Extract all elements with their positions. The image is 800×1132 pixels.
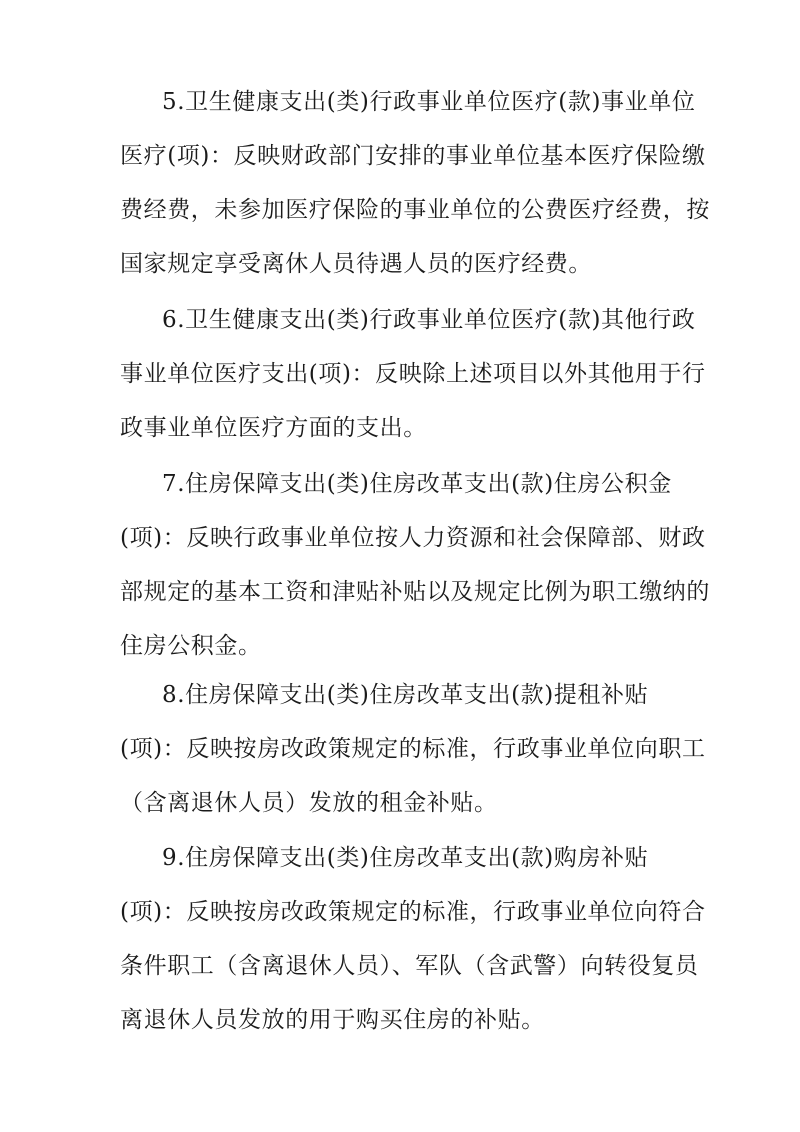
paragraph-item-7: 7.住房保障支出(类)住房改革支出(款)住房公积金 (项)：反映行政事业单位按人… (120, 457, 682, 673)
paragraph-line: 5.卫生健康支出(类)行政事业单位医疗(款)事业单位 (120, 75, 682, 129)
paragraph-item-5: 5.卫生健康支出(类)行政事业单位医疗(款)事业单位 医疗(项)：反映财政部门安… (120, 75, 682, 291)
document-page: 5.卫生健康支出(类)行政事业单位医疗(款)事业单位 医疗(项)：反映财政部门安… (0, 0, 800, 1132)
paragraph-line: 8.住房保障支出(类)住房改革支出(款)提租补贴 (120, 668, 682, 722)
paragraph-line: 费经费，未参加医疗保险的事业单位的公费医疗经费，按 (120, 183, 682, 237)
paragraph-line: 住房公积金。 (120, 619, 682, 673)
paragraph-line: (项)：反映按房改政策规定的标准，行政事业单位向符合 (120, 885, 682, 939)
paragraph-line: 事业单位医疗支出(项)：反映除上述项目以外其他用于行 (120, 347, 682, 401)
paragraph-line: (项)：反映行政事业单位按人力资源和社会保障部、财政 (120, 511, 682, 565)
paragraph-line: 条件职工（含离退休人员）、军队（含武警）向转役复员 (120, 939, 682, 993)
paragraph-item-8: 8.住房保障支出(类)住房改革支出(款)提租补贴 (项)：反映按房改政策规定的标… (120, 668, 682, 830)
paragraph-line: (项)：反映按房改政策规定的标准，行政事业单位向职工 (120, 722, 682, 776)
paragraph-line: 离退休人员发放的用于购买住房的补贴。 (120, 993, 682, 1047)
paragraph-item-6: 6.卫生健康支出(类)行政事业单位医疗(款)其他行政 事业单位医疗支出(项)：反… (120, 293, 682, 455)
paragraph-line: 国家规定享受离休人员待遇人员的医疗经费。 (120, 237, 682, 291)
paragraph-line: 医疗(项)：反映财政部门安排的事业单位基本医疗保险缴 (120, 129, 682, 183)
paragraph-line: 部规定的基本工资和津贴补贴以及规定比例为职工缴纳的 (120, 565, 682, 619)
paragraph-line: 6.卫生健康支出(类)行政事业单位医疗(款)其他行政 (120, 293, 682, 347)
paragraph-item-9: 9.住房保障支出(类)住房改革支出(款)购房补贴 (项)：反映按房改政策规定的标… (120, 831, 682, 1047)
paragraph-line: 9.住房保障支出(类)住房改革支出(款)购房补贴 (120, 831, 682, 885)
paragraph-line: 政事业单位医疗方面的支出。 (120, 401, 682, 455)
paragraph-line: （含离退休人员）发放的租金补贴。 (120, 776, 682, 830)
paragraph-line: 7.住房保障支出(类)住房改革支出(款)住房公积金 (120, 457, 682, 511)
